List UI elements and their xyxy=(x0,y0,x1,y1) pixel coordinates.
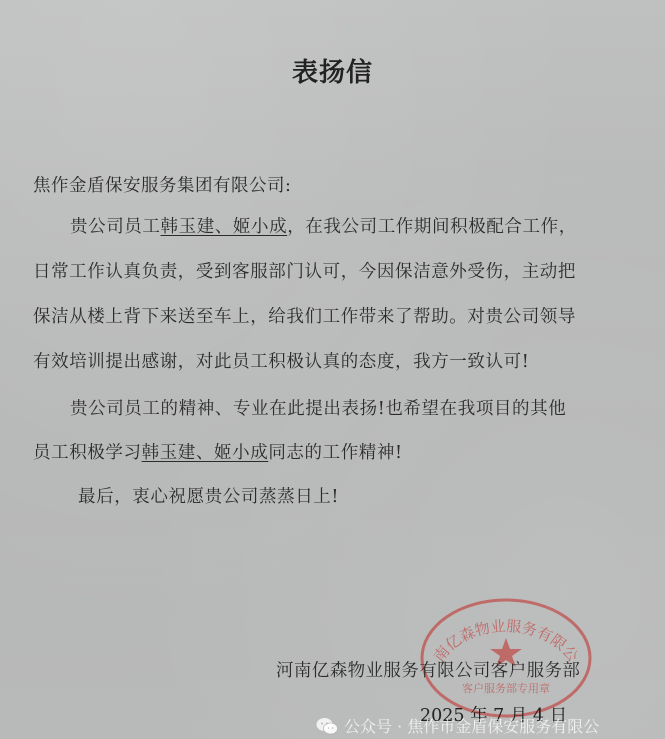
body-line-3: 保洁从楼上背下来送至车上，给我们工作带来了帮助。对贵公司领导 xyxy=(33,303,576,328)
body-line-2: 日常工作认真负责，受到客服部门认可，今因保洁意外受伤，主动把 xyxy=(33,258,576,283)
watermark-text: 公众号 · 焦作市金盾保安服务有限公 xyxy=(344,714,599,737)
employee-names: 韩玉建、姬小成 xyxy=(161,217,288,237)
text-segment: 贵公司员工 xyxy=(70,217,161,237)
salutation: 焦作金盾保安服务集团有限公司: xyxy=(33,172,291,197)
text-segment: 员工积极学习 xyxy=(33,443,142,463)
body-line-1: 贵公司员工韩玉建、姬小成，在我公司工作期间积极配合工作， xyxy=(70,213,577,238)
signature: 河南亿森物业服务有限公司客户服务部 xyxy=(276,657,580,682)
body-line-5: 贵公司员工的精神、专业在此提出表扬!也希望在我项目的其他 xyxy=(70,395,566,420)
text-segment: 同志的工作精神! xyxy=(268,443,402,463)
text-segment: ，在我公司工作期间积极配合工作， xyxy=(287,217,577,237)
employee-names: 韩玉建、姬小成 xyxy=(142,443,269,463)
watermark: 公众号 · 焦作市金盾保安服务有限公 xyxy=(316,714,599,737)
body-line-7: 最后，衷心祝愿贵公司蒸蒸日上! xyxy=(78,483,339,508)
body-line-6: 员工积极学习韩玉建、姬小成同志的工作精神! xyxy=(33,439,403,464)
seal-inner-text: 客户服务部专用章 xyxy=(462,681,550,695)
letter-title: 表扬信 xyxy=(0,52,665,89)
wechat-icon xyxy=(316,717,338,735)
body-line-4: 有效培训提出感谢，对此员工积极认真的态度，我方一致认可! xyxy=(33,348,529,373)
